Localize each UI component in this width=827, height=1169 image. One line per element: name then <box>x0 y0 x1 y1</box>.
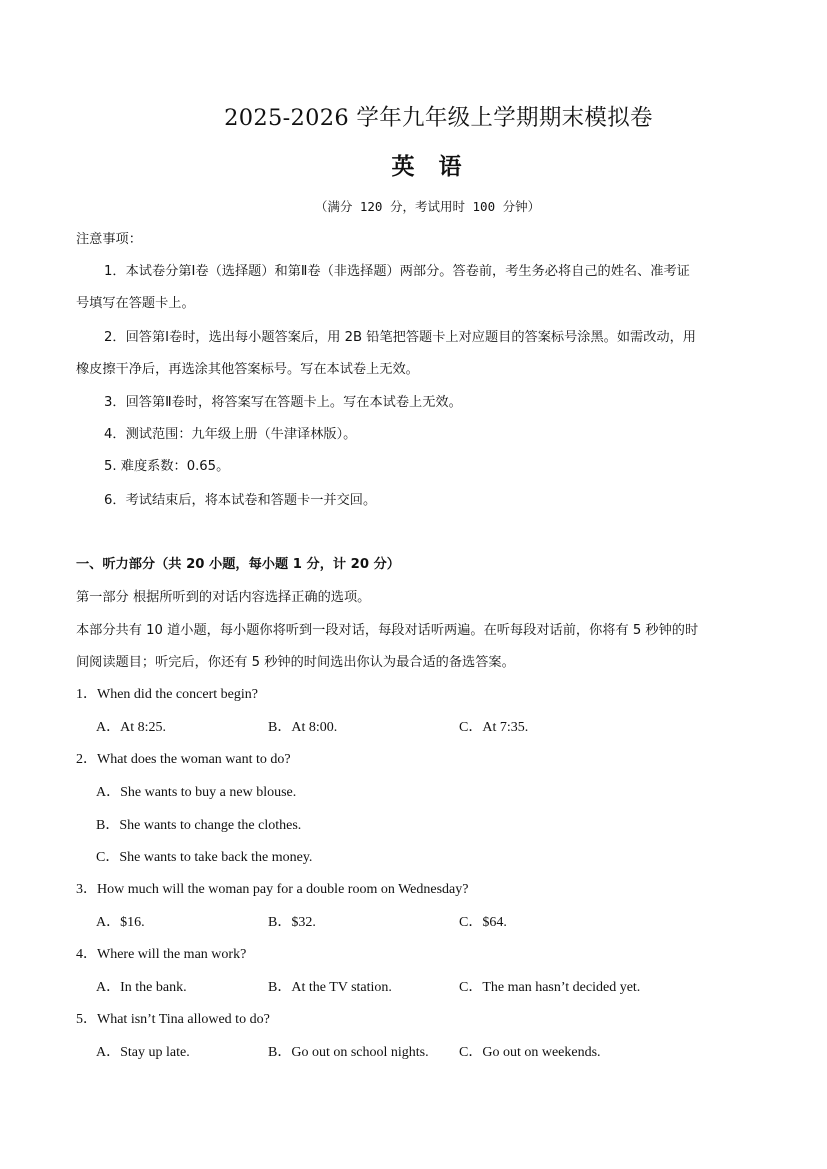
note-1-line1: 1．本试卷分第Ⅰ卷（选择题）和第Ⅱ卷（非选择题）两部分。答卷前，考生务必将自己的… <box>104 263 690 281</box>
question-text: How much will the woman pay for a double… <box>97 882 468 897</box>
note-6: 6．考试结束后，将本试卷和答题卡一并交回。 <box>104 492 376 510</box>
score-info: （满分 120 分，考试用时 100 分钟） <box>0 197 827 215</box>
instructions-line1: 本部分共有 10 道小题，每小题你将听到一段对话，每段对话听两遍。在听每段对话前… <box>76 622 698 640</box>
note-2-line1: 2．回答第Ⅰ卷时，选出每小题答案后，用 2B 铅笔把答题卡上对应题目的答案标号涂… <box>104 329 696 347</box>
note-1-line2: 号填写在答题卡上。 <box>76 295 195 313</box>
q5-option-c[interactable]: C．Go out on weekends. <box>459 1044 601 1062</box>
part-title: 第一部分 根据所听到的对话内容选择正确的选项。 <box>76 589 370 607</box>
question-text: What does the woman want to do? <box>97 752 291 767</box>
q4-option-c[interactable]: C．The man hasn’t decided yet. <box>459 979 640 997</box>
q5-option-a[interactable]: A．Stay up late. <box>96 1044 190 1062</box>
q1-option-b[interactable]: B．At 8:00. <box>268 719 337 737</box>
q3-option-a[interactable]: A．$16. <box>96 914 145 932</box>
q5-option-b[interactable]: B．Go out on school nights. <box>268 1044 429 1062</box>
q2-option-a[interactable]: A．She wants to buy a new blouse. <box>96 784 296 802</box>
question-text: When did the concert begin? <box>97 687 258 702</box>
q4-option-b[interactable]: B．At the TV station. <box>268 979 392 997</box>
question-number: 2． <box>76 752 97 767</box>
question-number: 1． <box>76 687 97 702</box>
question-1: 1．When did the concert begin? <box>76 686 258 704</box>
notes-heading: 注意事项： <box>76 231 142 249</box>
section-heading: 一、听力部分（共 20 小题，每小题 1 分，计 20 分） <box>76 556 400 574</box>
q3-option-c[interactable]: C．$64. <box>459 914 507 932</box>
note-3: 3．回答第Ⅱ卷时，将答案写在答题卡上。写在本试卷上无效。 <box>104 394 462 412</box>
note-2-line2: 橡皮擦干净后，再选涂其他答案标号。写在本试卷上无效。 <box>76 361 419 379</box>
q3-option-b[interactable]: B．$32. <box>268 914 316 932</box>
exam-page: 2025-2026 学年九年级上学期期末模拟卷 英语 （满分 120 分，考试用… <box>0 0 827 1169</box>
q4-option-a[interactable]: A．In the bank. <box>96 979 187 997</box>
q2-option-c[interactable]: C．She wants to take back the money. <box>96 849 312 867</box>
note-5: 5. 难度系数：0.65。 <box>104 458 229 476</box>
q1-option-a[interactable]: A．At 8:25. <box>96 719 166 737</box>
question-number: 5． <box>76 1012 97 1027</box>
instructions-line2: 间阅读题目；听完后，你还有 5 秒钟的时间选出你认为最合适的备选答案。 <box>76 654 515 672</box>
question-2: 2．What does the woman want to do? <box>76 751 291 769</box>
question-4: 4．Where will the man work? <box>76 946 246 964</box>
q1-option-c[interactable]: C．At 7:35. <box>459 719 528 737</box>
q2-option-b[interactable]: B．She wants to change the clothes. <box>96 817 301 835</box>
question-5: 5．What isn’t Tina allowed to do? <box>76 1011 270 1029</box>
exam-title: 2025-2026 学年九年级上学期期末模拟卷 <box>0 100 827 132</box>
question-text: What isn’t Tina allowed to do? <box>97 1012 270 1027</box>
question-text: Where will the man work? <box>97 947 246 962</box>
exam-subject: 英语 <box>0 148 827 181</box>
question-number: 3． <box>76 882 97 897</box>
question-number: 4． <box>76 947 97 962</box>
note-4: 4．测试范围：九年级上册（牛津译林版）。 <box>104 426 356 444</box>
question-3: 3．How much will the woman pay for a doub… <box>76 881 468 899</box>
